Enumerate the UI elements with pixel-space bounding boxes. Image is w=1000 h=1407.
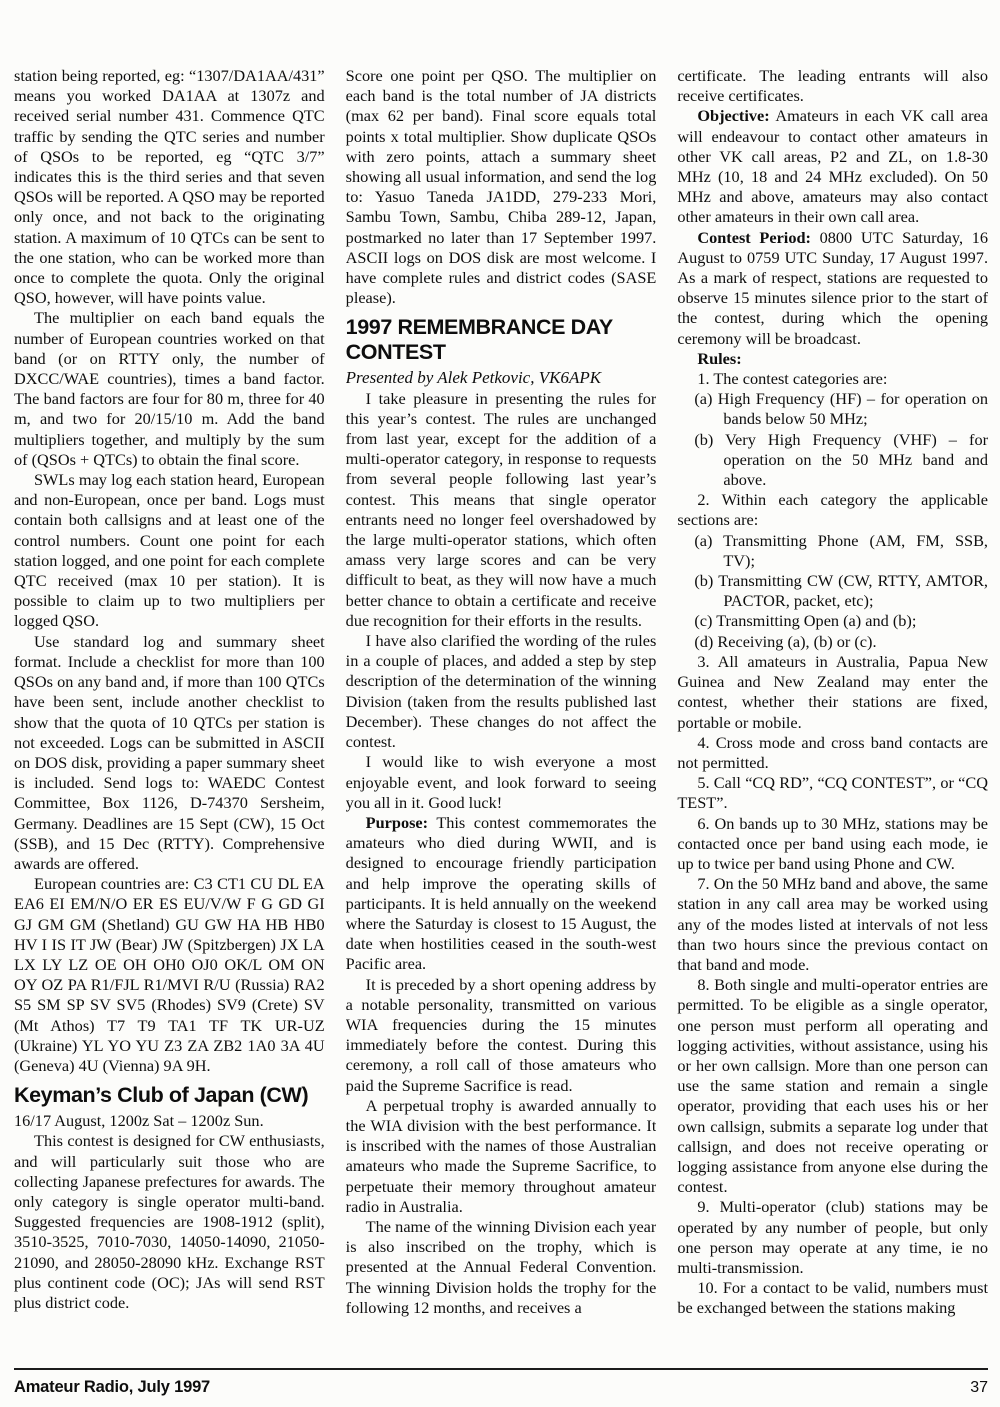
list-item: (a) High Frequency (HF) – for operation … xyxy=(677,389,988,429)
magazine-page-body: station being reported, eg: “1307/DA1AA/… xyxy=(14,66,988,1360)
paragraph: 16/17 August, 1200z Sat – 1200z Sun. xyxy=(14,1111,325,1131)
section-heading: 1997 REMEMBRANCE DAY CONTEST xyxy=(346,315,657,365)
paragraph: 5. Call “CQ RD”, “CQ CONTEST”, or “CQ TE… xyxy=(677,773,988,813)
paragraph: 6. On bands up to 30 MHz, stations may b… xyxy=(677,814,988,875)
paragraph: 3. All amateurs in Australia, Papua New … xyxy=(677,652,988,733)
paragraph: Rules: xyxy=(677,349,988,369)
paragraph: 10. For a contact to be valid, numbers m… xyxy=(677,1278,988,1318)
paragraph: The multiplier on each band equals the n… xyxy=(14,308,325,470)
list-item: (c) Transmitting Open (a) and (b); xyxy=(677,611,988,631)
paragraph: 9. Multi-operator (club) stations may be… xyxy=(677,1197,988,1278)
list-item: (d) Receiving (a), (b) or (c). xyxy=(677,632,988,652)
paragraph: Score one point per QSO. The multiplier … xyxy=(346,66,657,308)
paragraph: certificate. The leading entrants will a… xyxy=(677,66,988,106)
page-footer: Amateur Radio, July 1997 37 xyxy=(14,1368,988,1398)
paragraph: Contest Period: 0800 UTC Saturday, 16 Au… xyxy=(677,228,988,349)
paragraph: Objective: Amateurs in each VK call area… xyxy=(677,106,988,227)
journal-title: Amateur Radio, July 1997 xyxy=(14,1377,210,1397)
paragraph: Use standard log and summary sheet forma… xyxy=(14,632,325,874)
paragraph: European countries are: C3 CT1 CU DL EA … xyxy=(14,874,325,1076)
section-heading: Keyman’s Club of Japan (CW) xyxy=(14,1083,325,1108)
paragraph: 8. Both single and multi-operator entrie… xyxy=(677,975,988,1197)
paragraph: It is preceded by a short opening addres… xyxy=(346,975,657,1096)
paragraph: I take pleasure in presenting the rules … xyxy=(346,389,657,631)
paragraph-lead: Purpose: xyxy=(366,813,428,832)
column-right: certificate. The leading entrants will a… xyxy=(677,66,988,1360)
paragraph: 1. The contest categories are: xyxy=(677,369,988,389)
paragraph: A perpetual trophy is awarded annually t… xyxy=(346,1096,657,1217)
paragraph: Purpose: This contest commemorates the a… xyxy=(346,813,657,975)
column-middle: Score one point per QSO. The multiplier … xyxy=(346,66,657,1360)
paragraph: 7. On the 50 MHz band and above, the sam… xyxy=(677,874,988,975)
paragraph-lead: Rules: xyxy=(697,349,741,368)
list-item: (b) Very High Frequency (VHF) – for oper… xyxy=(677,430,988,491)
list-item: (a) Transmitting Phone (AM, FM, SSB, TV)… xyxy=(677,531,988,571)
byline: Presented by Alek Petkovic, VK6APK xyxy=(346,368,657,388)
paragraph: This contest is designed for CW enthusia… xyxy=(14,1131,325,1313)
paragraph: The name of the winning Division each ye… xyxy=(346,1217,657,1318)
paragraph: 2. Within each category the applicable s… xyxy=(677,490,988,530)
paragraph: 4. Cross mode and cross band contacts ar… xyxy=(677,733,988,773)
paragraph: station being reported, eg: “1307/DA1AA/… xyxy=(14,66,325,308)
column-left: station being reported, eg: “1307/DA1AA/… xyxy=(14,66,325,1360)
paragraph-lead: Objective: xyxy=(697,106,769,125)
paragraph: I would like to wish everyone a most enj… xyxy=(346,752,657,813)
page-number: 37 xyxy=(970,1378,988,1398)
list-item: (b) Transmitting CW (CW, RTTY, AMTOR, PA… xyxy=(677,571,988,611)
paragraph: SWLs may log each station heard, Europea… xyxy=(14,470,325,632)
paragraph: I have also clarified the wording of the… xyxy=(346,631,657,752)
paragraph-lead: Contest Period: xyxy=(697,228,811,247)
